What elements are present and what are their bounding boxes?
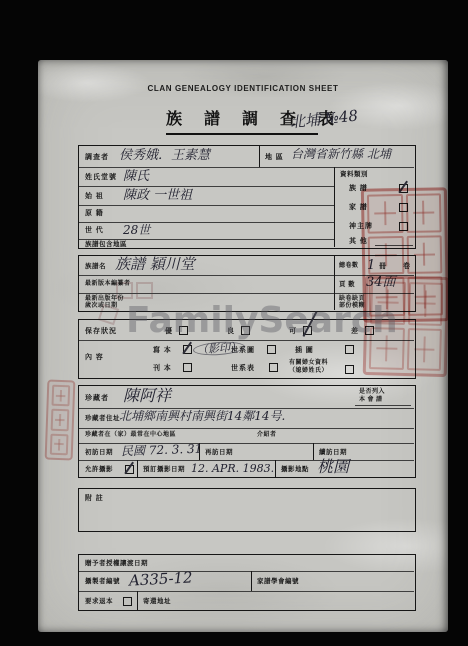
ancestor-label: 始 祖 — [85, 192, 104, 200]
content-option-label: 寫 本 — [153, 346, 172, 354]
filmer-number-label: 攝製者編號 — [85, 578, 120, 586]
content-option-label: 插 圖 — [295, 346, 314, 354]
keeper-address-value: 北埔鄉南興村南興街14鄰14号. — [119, 410, 285, 422]
english-title: CLAN GENEALOGY IDENTIFICATION SHEET — [38, 84, 448, 93]
pages-label: 頁 數 — [339, 281, 355, 289]
section-admin: 贈予者授權讓渡日期 攝製者編號 A335-12 家譜學會編號 要求退本 寄還地址 — [78, 554, 416, 611]
ancestor-value: 陳政 一世祖 — [123, 189, 192, 202]
content-checkbox-pedigree-table — [269, 363, 278, 372]
compiler-label: 最新版本編纂者 — [85, 281, 131, 288]
followup-visit-label: 續訪日期 — [319, 449, 347, 457]
first-visit-label: 初訪日期 — [85, 449, 113, 457]
volumes-label: 總卷數 — [339, 263, 359, 270]
film-place-value: 桃園 — [317, 459, 349, 475]
origin-label: 原 籍 — [85, 209, 104, 217]
book-title-label: 族譜名 — [85, 263, 106, 271]
film-permit-checkbox — [125, 465, 134, 474]
content-option-label: 世系表 — [231, 364, 255, 372]
region-label: 地 區 — [265, 153, 284, 161]
content-option-label2: （媳婦姓氏） — [289, 368, 328, 375]
revisit-label: 再訪日期 — [205, 449, 233, 457]
surname-value: 陳氏 — [123, 170, 149, 183]
category-header: 資料類別 — [340, 171, 368, 179]
film-date-label: 預訂攝影日期 — [143, 466, 185, 474]
notes-label: 附 註 — [85, 494, 104, 502]
filmer-number-value: A335-12 — [129, 570, 193, 588]
listed-label-line2: 本 會 譜 — [359, 397, 383, 404]
section-notes: 附 註 — [78, 488, 416, 532]
surveyor-label: 調查者 — [85, 153, 109, 161]
section-keeper: 珍藏者 陳阿祥 是否列入 本 會 譜 珍藏者住址 北埔鄉南興村南興街14鄰14号… — [78, 385, 416, 478]
content-checkbox-printed — [183, 363, 192, 372]
film-date-value: 12. APR. 1983. — [191, 463, 274, 474]
keeper-value: 陳阿祥 — [123, 388, 171, 404]
keeper-address-label: 珍藏者住址 — [85, 415, 120, 423]
preservation-label: 保存狀況 — [85, 327, 117, 335]
first-visit-value: 民國 72. 3. 31 — [121, 443, 203, 458]
content-checkbox-manuscript — [183, 345, 192, 354]
generation-label: 世 代 — [85, 226, 104, 234]
check-mark — [124, 462, 133, 474]
generation-value: 28世 — [123, 224, 150, 236]
scanned-document-view: { "header": { "english_title": "CLAN GEN… — [0, 0, 468, 646]
transfer-date-label: 贈予者授權讓渡日期 — [85, 560, 148, 568]
year-label-line2: 歲次或日期 — [85, 303, 118, 310]
watermark-text: FamilySearch — [126, 300, 398, 341]
listed-label-line1: 是否列入 — [359, 389, 385, 396]
content-checkbox-pedigree-chart — [267, 345, 276, 354]
content-checkbox-illustrations — [345, 345, 354, 354]
scanned-paper: CLAN GENEALOGY IDENTIFICATION SHEET 族 譜 … — [38, 60, 448, 632]
content-option-label: 有關婦女資料 — [289, 360, 328, 367]
surname-label: 姓氏堂號 — [85, 173, 117, 181]
check-mark — [182, 342, 191, 354]
content-label: 內 容 — [85, 353, 104, 361]
film-permit-label: 允許攝影 — [85, 466, 113, 474]
region-value: 台灣省新竹縣 北埔 — [291, 148, 391, 160]
introducer-label: 介紹者 — [257, 432, 277, 439]
coverage-label: 族譜包含地區 — [85, 241, 127, 249]
content-checkbox-women-data — [345, 365, 354, 374]
red-seal-stamp-left — [45, 380, 76, 461]
surveyor-value: 侯秀娥．王素慧 — [119, 149, 210, 162]
return-address-label: 寄還地址 — [143, 598, 171, 606]
content-option-label: 刊 本 — [153, 364, 172, 372]
handwritten-annotation: 北埔 №48 — [289, 108, 358, 130]
keeper-label: 珍藏者 — [85, 394, 109, 402]
book-title-value: 族譜 穎川堂 — [115, 257, 195, 272]
film-place-label: 攝影地點 — [281, 466, 309, 474]
society-number-label: 家譜學會編號 — [257, 578, 299, 586]
return-request-label: 要求退本 — [85, 598, 113, 606]
keeper-center-label: 珍藏者在（家）最常在中心地區 — [85, 432, 176, 439]
return-request-checkbox — [123, 597, 132, 606]
